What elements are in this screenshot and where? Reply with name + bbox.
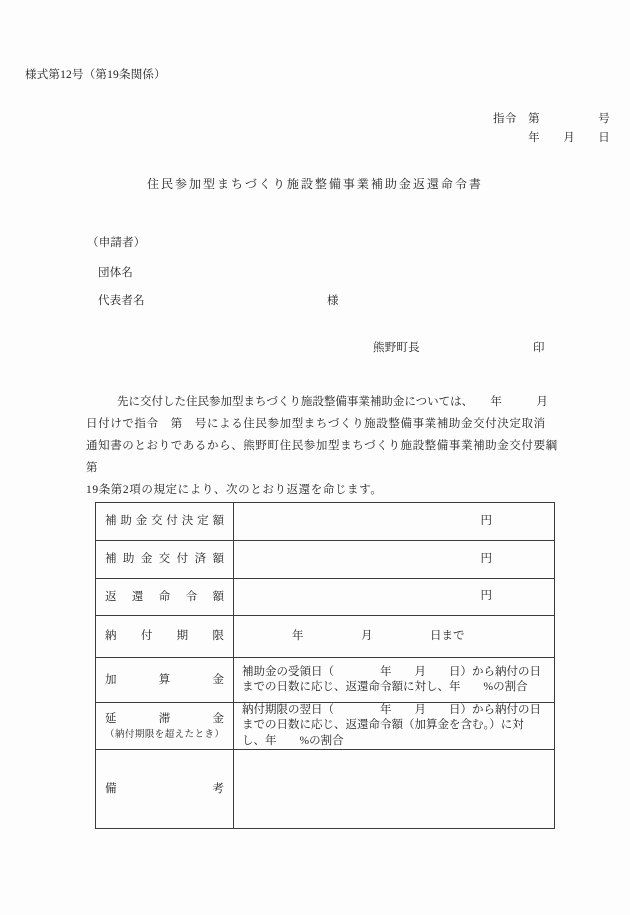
row-value-cell: 納付期限の翌日（ 年 月 日）から納付の日までの日数に応じ、返還命令額（加算金を…	[234, 703, 554, 749]
row-value-cell: 円	[234, 579, 554, 615]
yen-unit: 円	[481, 589, 493, 605]
directive-date-line: 年 月 日	[493, 129, 610, 148]
body-paragraph: 先に交付した住民参加型まちづくり施設整備事業補助金については、 年 月 日付けで…	[86, 391, 564, 501]
yen-unit: 円	[481, 552, 493, 568]
table-row-grant-decided-amount: 補助金交付決定額 円	[96, 503, 554, 540]
document-title: 住民参加型まちづくり施設整備事業補助金返還命令書	[0, 176, 630, 192]
row-value-cell: 円	[234, 503, 554, 540]
representative-name-label: 代表者名	[98, 294, 145, 308]
row-label-cell: 返還命令額	[96, 579, 234, 615]
form-number: 様式第12号（第19条関係）	[25, 68, 166, 82]
directive-number-line: 指令 第 号	[493, 110, 610, 129]
row-label-cell: 補助金交付決定額	[96, 503, 234, 540]
table-row-payment-deadline: 納付期限 年 月 日まで	[96, 615, 554, 657]
issuer-mayor-name: 熊野町長	[373, 341, 420, 355]
surcharge-terms-text: 補助金の受領日（ 年 月 日）から納付の日までの日数に応じ、返還命令額に対し、年…	[242, 665, 546, 696]
row-label-note: （納付期限を超えたとき）	[105, 729, 224, 741]
row-value-cell: 円	[234, 541, 554, 578]
row-label-cell: 補助金交付済額	[96, 541, 234, 578]
late-penalty-terms-text: 納付期限の翌日（ 年 月 日）から納付の日までの日数に応じ、返還命令額（加算金を…	[242, 703, 546, 750]
row-label-cell: 納付期限	[96, 616, 234, 657]
row-value-cell: 補助金の受領日（ 年 月 日）から納付の日までの日数に応じ、返還命令額に対し、年…	[234, 658, 554, 702]
seal-mark: 印	[533, 341, 545, 355]
honorific-sama: 様	[327, 294, 339, 308]
row-label: 延滞金	[105, 712, 224, 727]
table-row-remarks: 備考	[96, 749, 554, 828]
row-label: 補助金交付決定額	[105, 514, 224, 529]
document-sheet: 様式第12号（第19条関係） 指令 第 号 年 月 日 住民参加型まちづくり施設…	[0, 0, 630, 915]
row-label: 返還命令額	[105, 590, 224, 605]
table-row-late-penalty: 延滞金 （納付期限を超えたとき） 納付期限の翌日（ 年 月 日）から納付の日まで…	[96, 702, 554, 749]
applicant-label: （申請者）	[87, 236, 146, 250]
yen-unit: 円	[481, 514, 493, 530]
deadline-date-blank: 年 月 日まで	[292, 629, 554, 645]
body-line: 日付けで指令 第 号による住民参加型まちづくり施設整備事業補助金交付決定取消	[86, 413, 564, 435]
row-value-cell: 年 月 日まで	[234, 616, 554, 657]
repayment-table: 補助金交付決定額 円 補助金交付済額 円 返還命令額 円 納付期限	[95, 502, 555, 829]
table-row-grant-paid-amount: 補助金交付済額 円	[96, 540, 554, 578]
table-row-return-order-amount: 返還命令額 円	[96, 578, 554, 615]
group-name-label: 団体名	[98, 266, 133, 280]
row-label: 加算金	[105, 673, 224, 688]
row-label-cell: 備考	[96, 750, 234, 828]
table-row-surcharge: 加算金 補助金の受領日（ 年 月 日）から納付の日までの日数に応じ、返還命令額に…	[96, 657, 554, 702]
body-line: 通知書のとおりであるから、熊野町住民参加型まちづくり施設整備事業補助金交付要綱第	[86, 435, 564, 479]
body-line: 19条第2項の規定により、次のとおり返還を命じます。	[86, 479, 564, 501]
row-label-cell: 加算金	[96, 658, 234, 702]
row-label: 納付期限	[105, 629, 224, 644]
row-label: 備考	[105, 782, 224, 797]
body-line: 先に交付した住民参加型まちづくり施設整備事業補助金については、 年 月	[86, 391, 564, 413]
row-label: 補助金交付済額	[105, 552, 224, 567]
directive-number-block: 指令 第 号 年 月 日	[493, 110, 610, 148]
row-value-cell	[234, 750, 554, 828]
row-label-cell: 延滞金 （納付期限を超えたとき）	[96, 703, 234, 749]
